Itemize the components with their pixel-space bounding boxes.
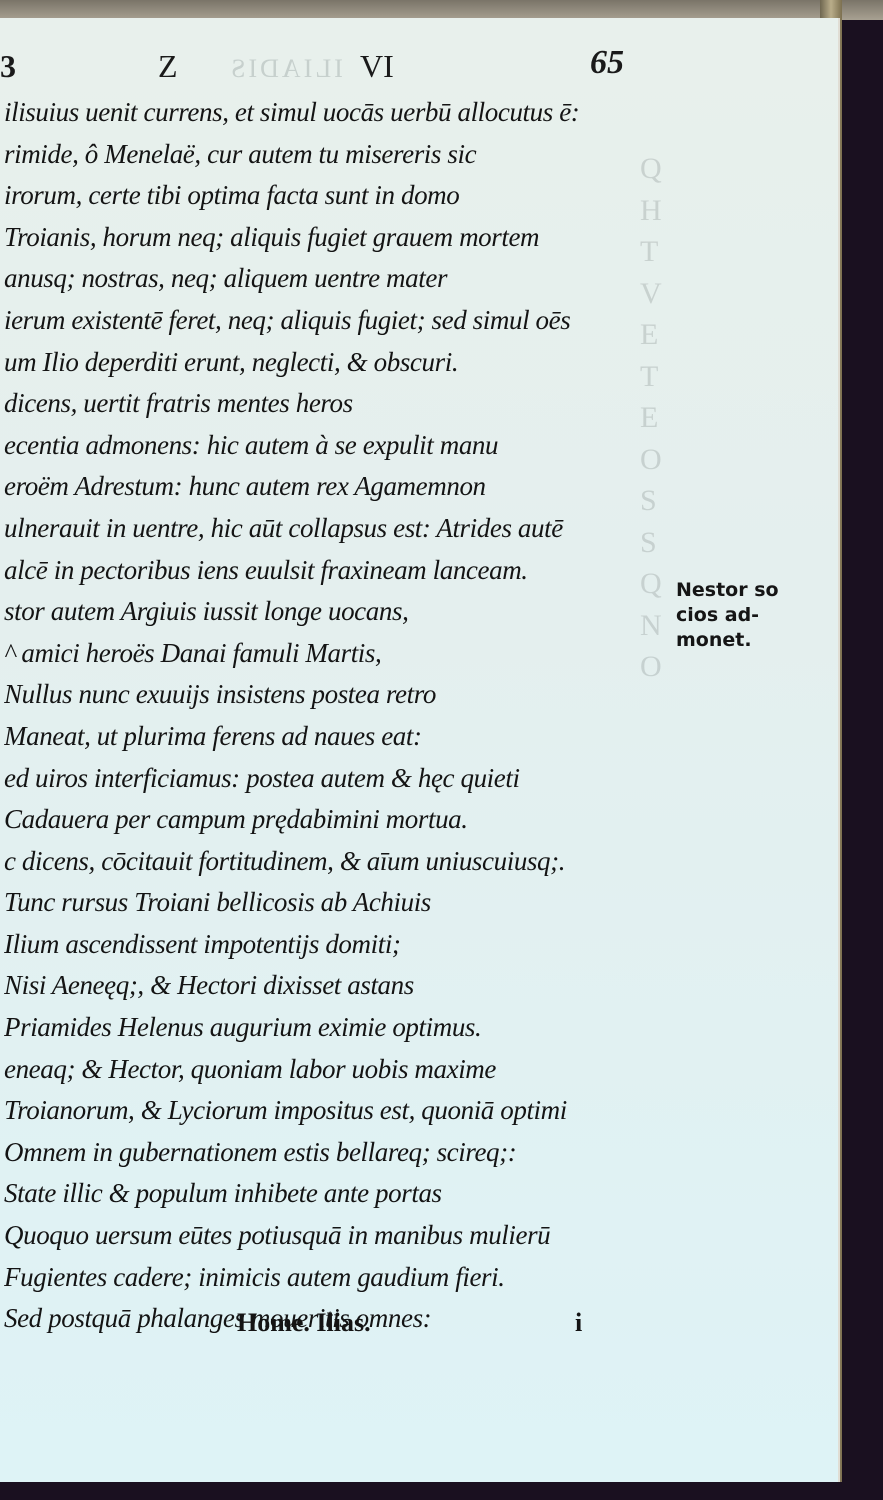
header-book-number: VI	[360, 48, 394, 85]
marginal-note-line: Nestor so	[676, 578, 786, 603]
text-line: eroëm Adrestum: hunc autem rex Agamemnon	[4, 466, 664, 508]
text-line: alcē in pectoribus iens euulsit fraxinea…	[4, 550, 664, 592]
verse-text-block: ilisuius uenit currens, et simul uocās u…	[4, 92, 664, 1340]
text-line: dicens, uertit fratris mentes heros	[4, 383, 664, 425]
header-signature: Z	[158, 48, 178, 85]
text-line: Ilium ascendissent impotentijs domiti;	[4, 924, 664, 966]
text-line: c dicens, cōcitauit fortitudinem, & aīum…	[4, 841, 664, 883]
scan-top-edge	[0, 0, 883, 20]
text-line: Priamides Helenus augurium eximie optimu…	[4, 1007, 664, 1049]
footer-title: Home. Ilias.	[237, 1308, 371, 1338]
text-line: Maneat, ut plurima ferens ad naues eat:	[4, 716, 664, 758]
text-line: Fugientes cadere; inimicis autem gaudium…	[4, 1257, 664, 1299]
text-line: ulnerauit in uentre, hic aūt collapsus e…	[4, 508, 664, 550]
page-number: 65	[590, 44, 624, 82]
text-line: ^ amici heroës Danai famuli Martis,	[4, 633, 664, 675]
header-bleed-through: ILIADIS	[228, 54, 343, 84]
text-line: Quoquo uersum eūtes potiusquā in manibus…	[4, 1215, 664, 1257]
marginal-note: Nestor so cios ad- monet.	[676, 578, 786, 653]
text-line: ed uiros interficiamus: postea autem & h…	[4, 758, 664, 800]
text-line: State illic & populum inhibete ante port…	[4, 1173, 664, 1215]
marginal-note-line: monet.	[676, 628, 786, 653]
marginal-note-line: cios ad-	[676, 603, 786, 628]
text-line: eneaq; & Hector, quoniam labor uobis max…	[4, 1049, 664, 1091]
running-header: Z ILIADIS VI 65	[0, 48, 700, 88]
text-line: ilisuius uenit currens, et simul uocās u…	[4, 92, 664, 134]
text-line: um Ilio deperditi erunt, neglecti, & obs…	[4, 342, 664, 384]
text-line: Nullus nunc exuuijs insistens postea ret…	[4, 674, 664, 716]
text-line: ierum existentē feret, neq; aliquis fugi…	[4, 300, 664, 342]
text-line: anusq; nostras, neq; aliquem uentre mate…	[4, 258, 664, 300]
page-footer: Home. Ilias. i	[0, 1308, 700, 1348]
text-line: Cadauera per campum prędabimini mortua.	[4, 799, 664, 841]
text-line: Troianorum, & Lyciorum impositus est, qu…	[4, 1090, 664, 1132]
text-line: Omnem in gubernationem estis bellareq; s…	[4, 1132, 664, 1174]
text-line: Nisi Aeneęq;, & Hectori dixisset astans	[4, 965, 664, 1007]
text-line: Tunc rursus Troiani bellicosis ab Achiui…	[4, 882, 664, 924]
text-line: stor autem Argiuis iussit longe uocans,	[4, 591, 664, 633]
text-line: irorum, certe tibi optima facta sunt in …	[4, 175, 664, 217]
text-line: rimide, ô Menelaë, cur autem tu misereri…	[4, 134, 664, 176]
text-line: ecentia admonens: hic autem à se expulit…	[4, 425, 664, 467]
text-line: Troianis, horum neq; aliquis fugiet grau…	[4, 217, 664, 259]
footer-signature-mark: i	[575, 1308, 582, 1338]
